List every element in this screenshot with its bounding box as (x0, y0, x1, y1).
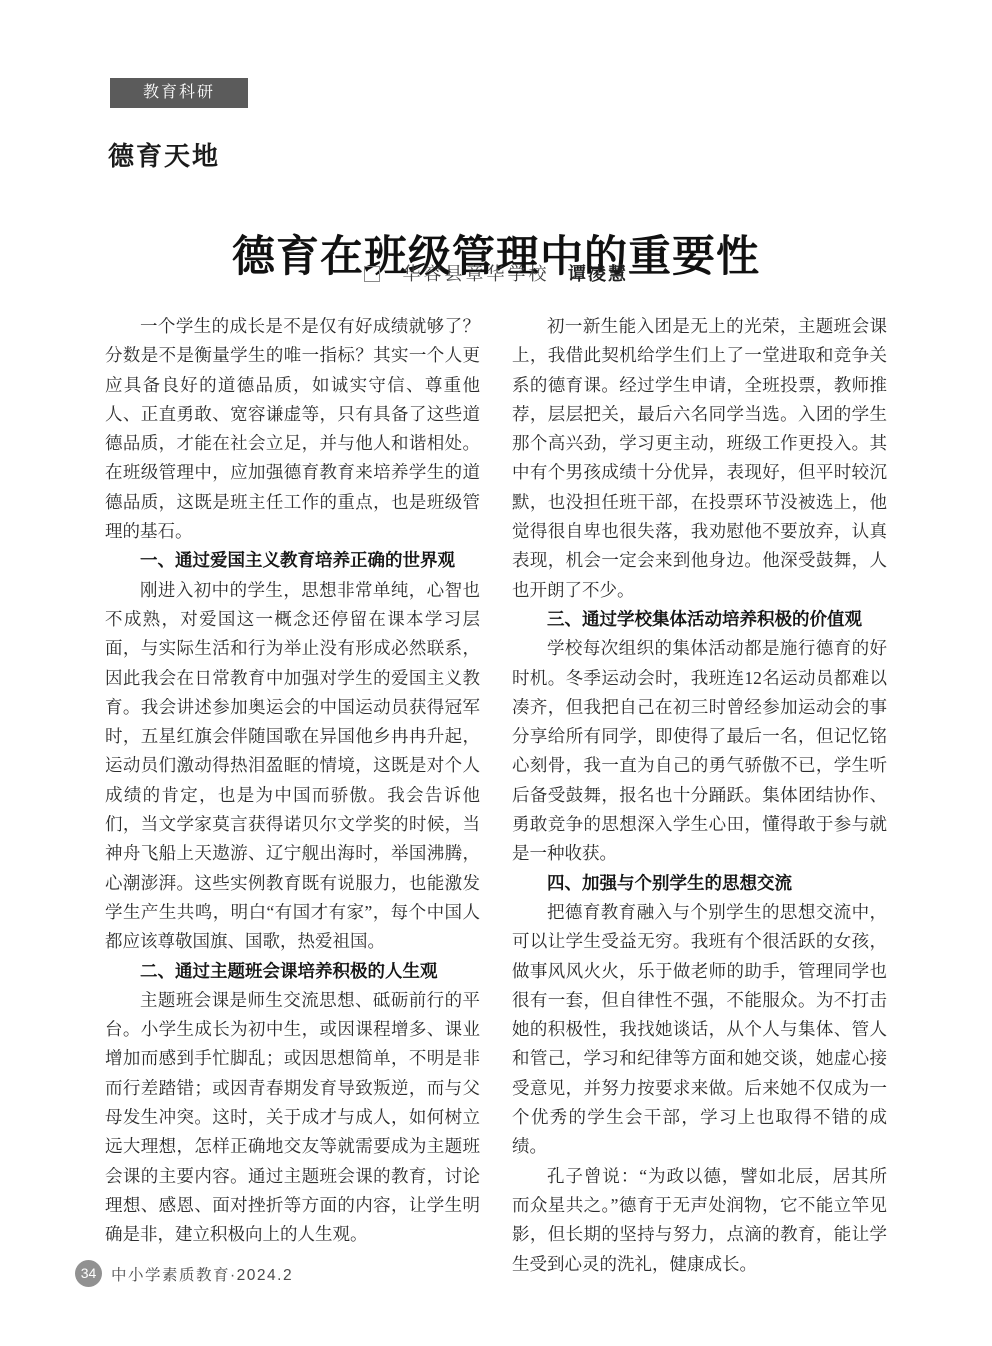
paragraph: 学校每次组织的集体活动都是施行德育的好时机。冬季运动会时，我班连12名运动员都难… (512, 634, 887, 868)
author-name: 谭凌慧 (568, 264, 628, 284)
section-heading: 三、通过学校集体活动培养积极的价值观 (512, 605, 887, 634)
section-heading: 四、加强与个别学生的思想交流 (512, 869, 887, 898)
paragraph: 刚进入初中的学生，思想非常单纯，心智也不成熟，对爱国这一概念还停留在课本学习层面… (105, 576, 480, 957)
paragraph: 初一新生能入团是无上的光荣，主题班会课上，我借此契机给学生们上了一堂进取和竞争关… (512, 312, 887, 605)
author-affiliation: 华容县章华学校 (403, 264, 550, 284)
section-heading: 一、通过爱国主义教育培养正确的世界观 (105, 546, 480, 575)
paragraph: 孔子曾说：“为政以德，譬如北辰，居其所而众星共之。”德育于无声处润物，它不能立竿… (512, 1162, 887, 1279)
paragraph: 把德育教育融入与个别学生的思想交流中，可以让学生受益无穷。我班有个很活跃的女孩，… (512, 898, 887, 1162)
page-number-badge: 34 (75, 1260, 102, 1287)
paragraph: 一个学生的成长是不是仅有好成绩就够了？分数是不是衡量学生的唯一指标？其实一个人更… (105, 312, 480, 546)
page-footer: 34 中小学素质教育·2024.2 (75, 1260, 293, 1287)
left-column: 一个学生的成长是不是仅有好成绩就够了？分数是不是衡量学生的唯一指标？其实一个人更… (105, 312, 480, 1279)
paragraph: 主题班会课是师生交流思想、砥砺前行的平台。小学生成长为初中生，或因课程增多、课业… (105, 986, 480, 1250)
journal-page: 教育科研 德育天地 德育在班级管理中的重要性 华容县章华学校 谭凌慧 一个学生的… (0, 0, 992, 1346)
author-square-marker (364, 266, 380, 282)
article-body: 一个学生的成长是不是仅有好成绩就够了？分数是不是衡量学生的唯一指标？其实一个人更… (105, 312, 887, 1279)
category-badge: 教育科研 (110, 78, 248, 108)
section-heading: 二、通过主题班会课培养积极的人生观 (105, 957, 480, 986)
right-column: 初一新生能入团是无上的光荣，主题班会课上，我借此契机给学生们上了一堂进取和竞争关… (512, 312, 887, 1279)
section-label: 德育天地 (108, 136, 220, 173)
journal-name: 中小学素质教育·2024.2 (111, 1263, 293, 1285)
author-line: 华容县章华学校 谭凌慧 (0, 260, 992, 286)
